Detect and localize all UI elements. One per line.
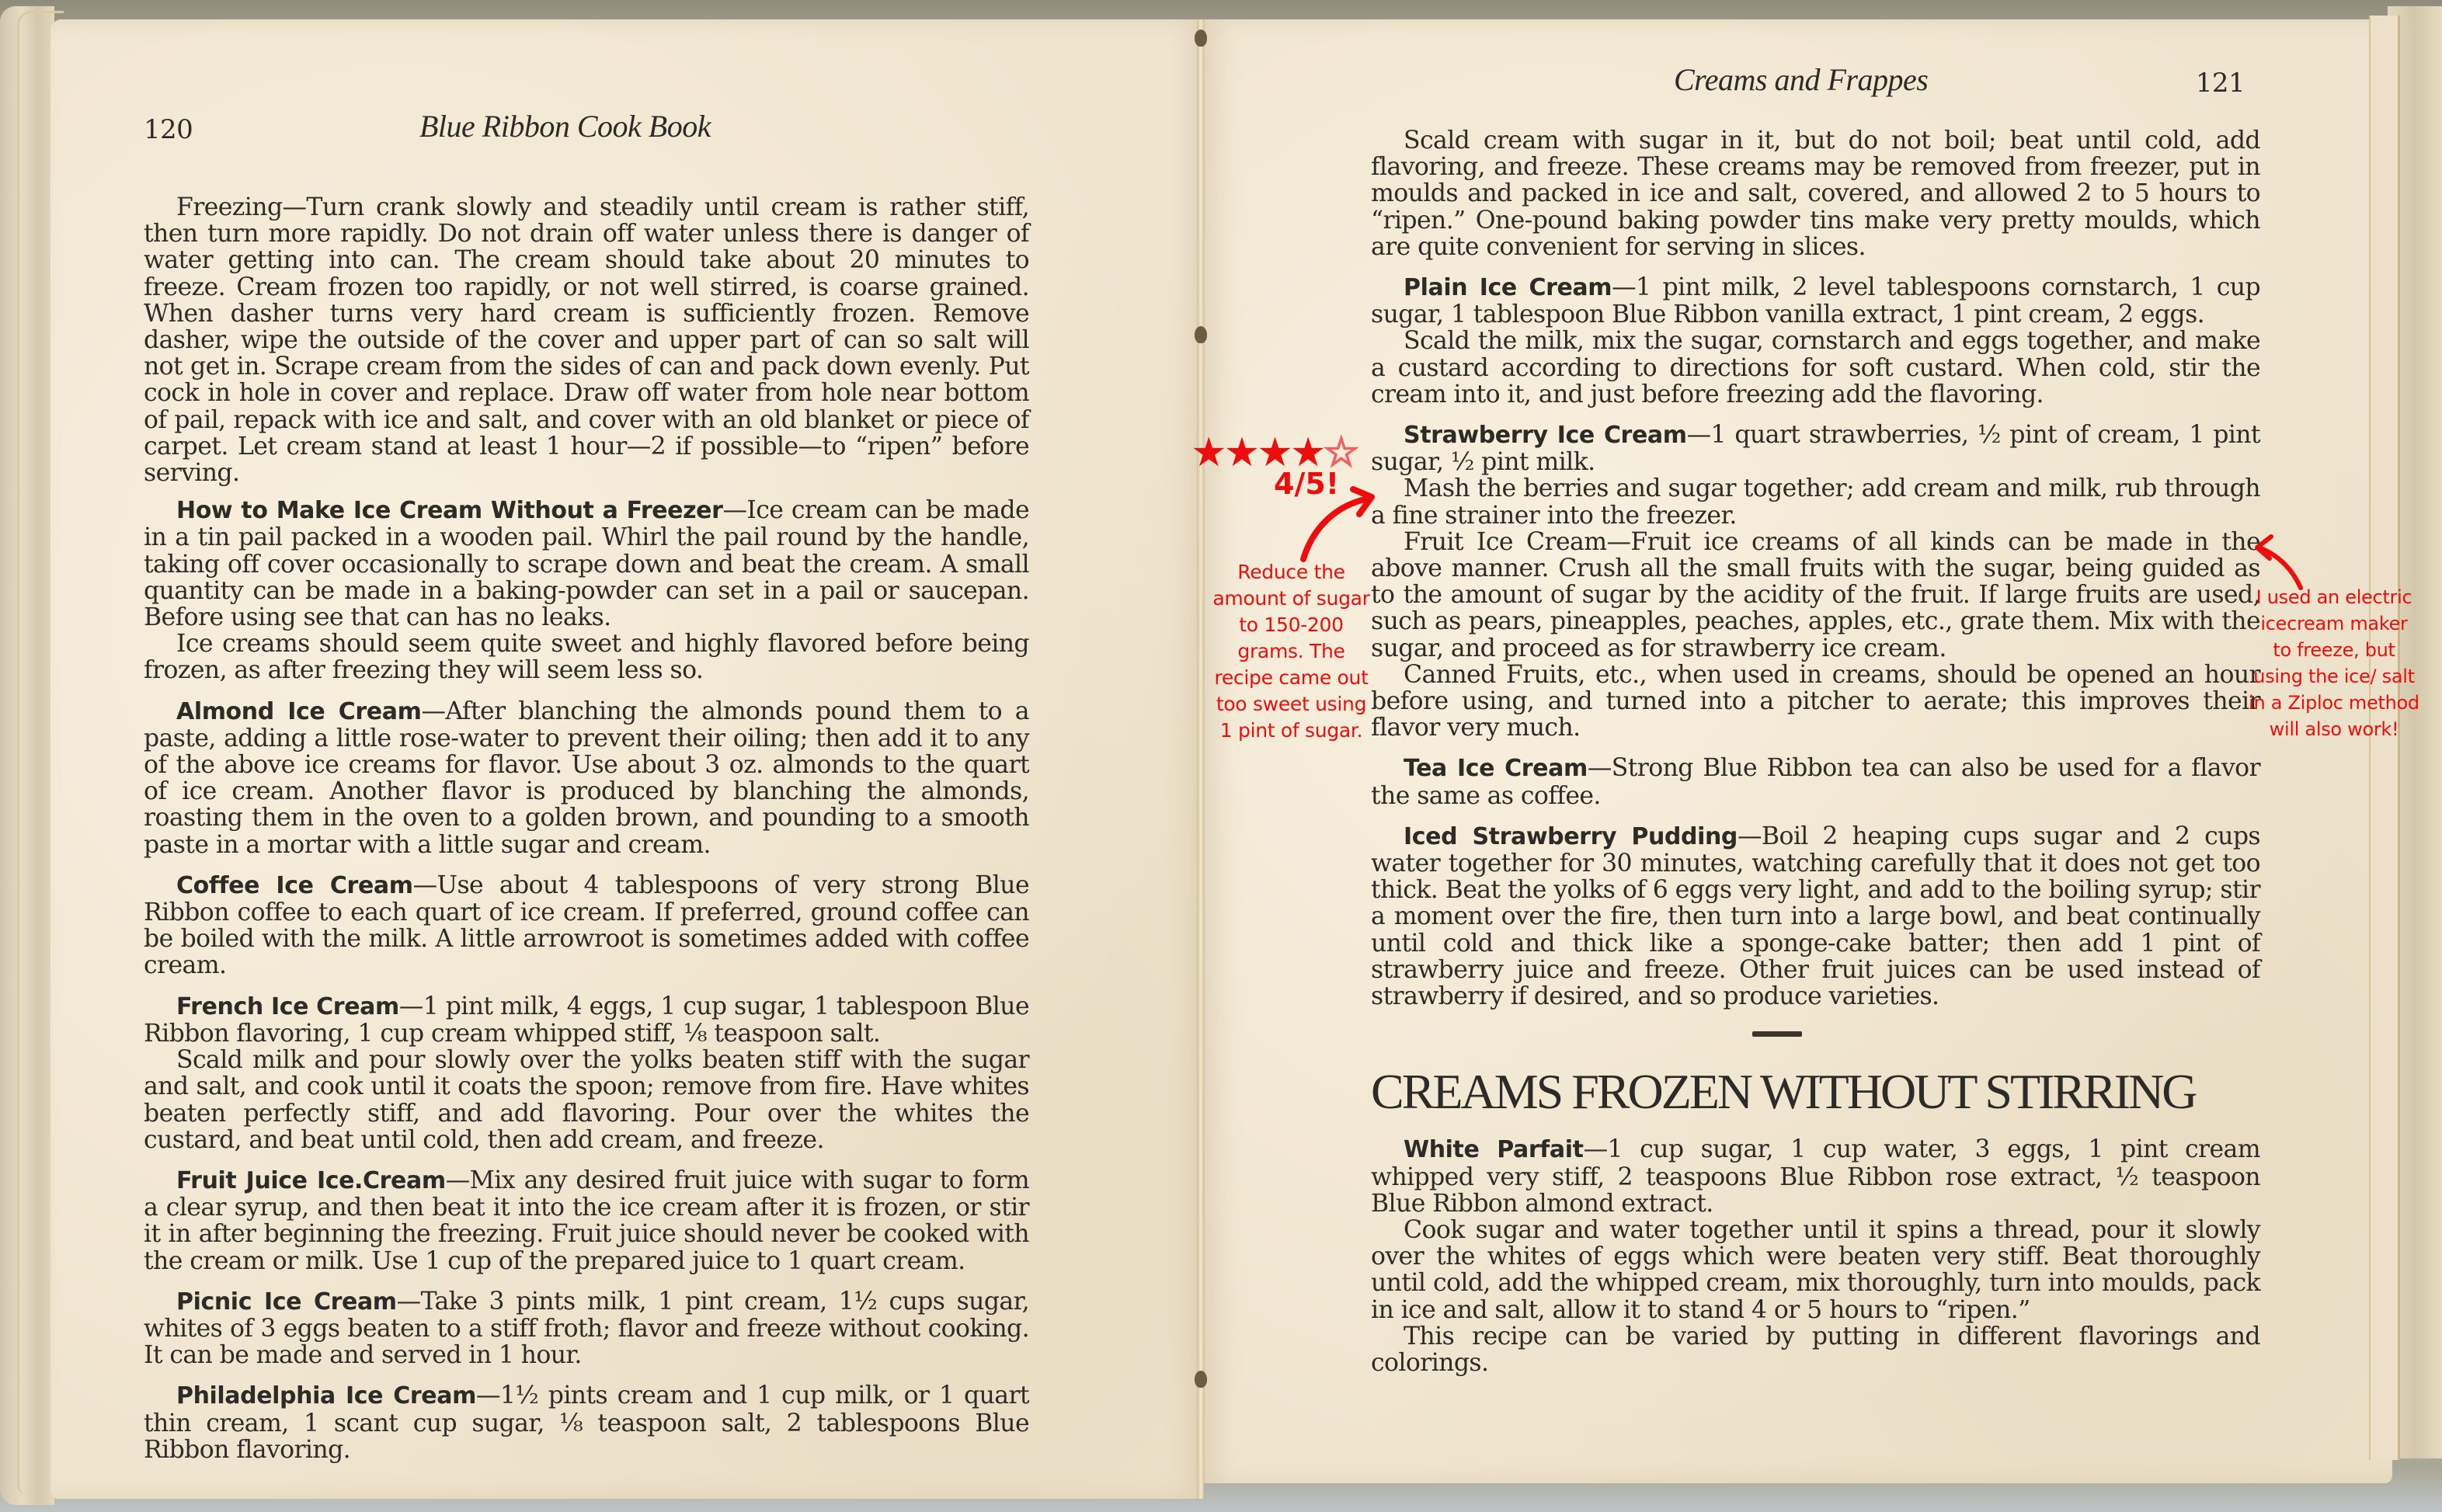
recipe-title: Almond Ice Cream [176, 698, 421, 725]
binding-thread-mark [1195, 326, 1207, 343]
paragraph-parfait-method: Cook sugar and water together until it s… [1371, 1217, 2260, 1323]
recipe-strawberry-ice-cream: Strawberry Ice Cream—1 quart strawberrie… [1371, 422, 2260, 475]
book-gutter [1197, 19, 1205, 1499]
recipe-title: Coffee Ice Cream [176, 872, 413, 899]
page-number-left: 120 [144, 116, 193, 143]
running-head-right: Creams and Frappes 121 [1371, 71, 2260, 116]
recipe-title: Picnic Ice Cream [176, 1288, 397, 1316]
paragraph-canned-fruits: Canned Fruits, etc., when used in creams… [1371, 662, 2260, 742]
paragraph-fruit-ice-cream: Fruit Ice Cream—Fruit ice creams of all … [1371, 529, 2260, 662]
freezing-method-note: I used an electric icecream maker to fre… [2249, 584, 2419, 742]
recipe-almond-ice-cream: Almond Ice Cream—After blanching the alm… [144, 698, 1029, 858]
binding-thread-mark [1195, 30, 1207, 47]
recipe-title: Tea Ice Cream [1404, 755, 1588, 782]
recipe-title: White Parfait [1404, 1136, 1584, 1163]
recipe-title: Fruit Juice Ice.Cream [176, 1167, 446, 1194]
paragraph-freezing: Freezing—Turn crank slowly and steadily … [144, 194, 1029, 486]
recipe-fruit-juice-ice-cream: Fruit Juice Ice.Cream—Mix any desired fr… [144, 1167, 1029, 1274]
running-head-title-right: Creams and Frappes [1674, 67, 1928, 93]
paragraph-parfait-variation: This recipe can be varied by putting in … [1371, 1323, 2260, 1376]
recipe-title: Iced Strawberry Pudding [1404, 823, 1738, 850]
section-heading: Creams Frozen Without Stirring [1371, 1065, 2260, 1119]
page-number-right: 121 [2196, 70, 2245, 96]
section-divider-ornament [1752, 1031, 1802, 1037]
recipe-title: Philadelphia Ice Cream [176, 1382, 476, 1409]
recipe-french-ice-cream: French Ice Cream—1 pint milk, 4 eggs, 1 … [144, 993, 1029, 1047]
paragraph-french-method: Scald milk and pour slowly over the yolk… [144, 1047, 1029, 1153]
binding-thread-mark [1195, 1371, 1207, 1388]
recipe-plain-ice-cream: Plain Ice Cream—1 pint milk, 2 level tab… [1371, 274, 2260, 328]
left-page-text: 120 Blue Ribbon Cook Book Freezing—Turn … [144, 116, 1029, 1463]
recipe-tea-ice-cream: Tea Ice Cream—Strong Blue Ribbon tea can… [1371, 755, 2260, 808]
right-page-text: Creams and Frappes 121 Scald cream with … [1371, 71, 2260, 1376]
recipe-iced-strawberry-pudding: Iced Strawberry Pudding—Boil 2 heaping c… [1371, 823, 2260, 1010]
running-head-left: 120 Blue Ribbon Cook Book [144, 116, 1029, 163]
recipe-ice-cream-without-freezer: How to Make Ice Cream Without a Freezer—… [144, 497, 1029, 631]
paragraph-scald-cream: Scald cream with sugar in it, but do not… [1371, 127, 2260, 260]
recipe-title: French Ice Cream [176, 993, 399, 1020]
recipe-title: Plain Ice Cream [1404, 274, 1612, 301]
sugar-reduction-note: Reduce the amount of sugar to 150-200 gr… [1212, 559, 1371, 744]
recipe-title: Strawberry Ice Cream [1404, 422, 1687, 449]
open-book-photo: 120 Blue Ribbon Cook Book Freezing—Turn … [0, 0, 2442, 1512]
recipe-white-parfait: White Parfait—1 cup sugar, 1 cup water, … [1371, 1136, 2260, 1217]
arrow-to-sugar-icon [1297, 481, 1383, 567]
paragraph-sweetness-note: Ice creams should seem quite sweet and h… [144, 631, 1029, 683]
recipe-philadelphia-ice-cream: Philadelphia Ice Cream—1½ pints cream an… [144, 1382, 1029, 1463]
paragraph-strawberry-method: Mash the berries and sugar together; add… [1371, 475, 2260, 528]
paragraph-plain-method: Scald the milk, mix the sugar, cornstarc… [1371, 328, 2260, 408]
running-head-title-left: Blue Ribbon Cook Book [419, 113, 711, 140]
recipe-coffee-ice-cream: Coffee Ice Cream—Use about 4 tablespoons… [144, 872, 1029, 979]
recipe-title: How to Make Ice Cream Without a Freezer [176, 497, 723, 524]
recipe-picnic-ice-cream: Picnic Ice Cream—Take 3 pints milk, 1 pi… [144, 1288, 1029, 1369]
